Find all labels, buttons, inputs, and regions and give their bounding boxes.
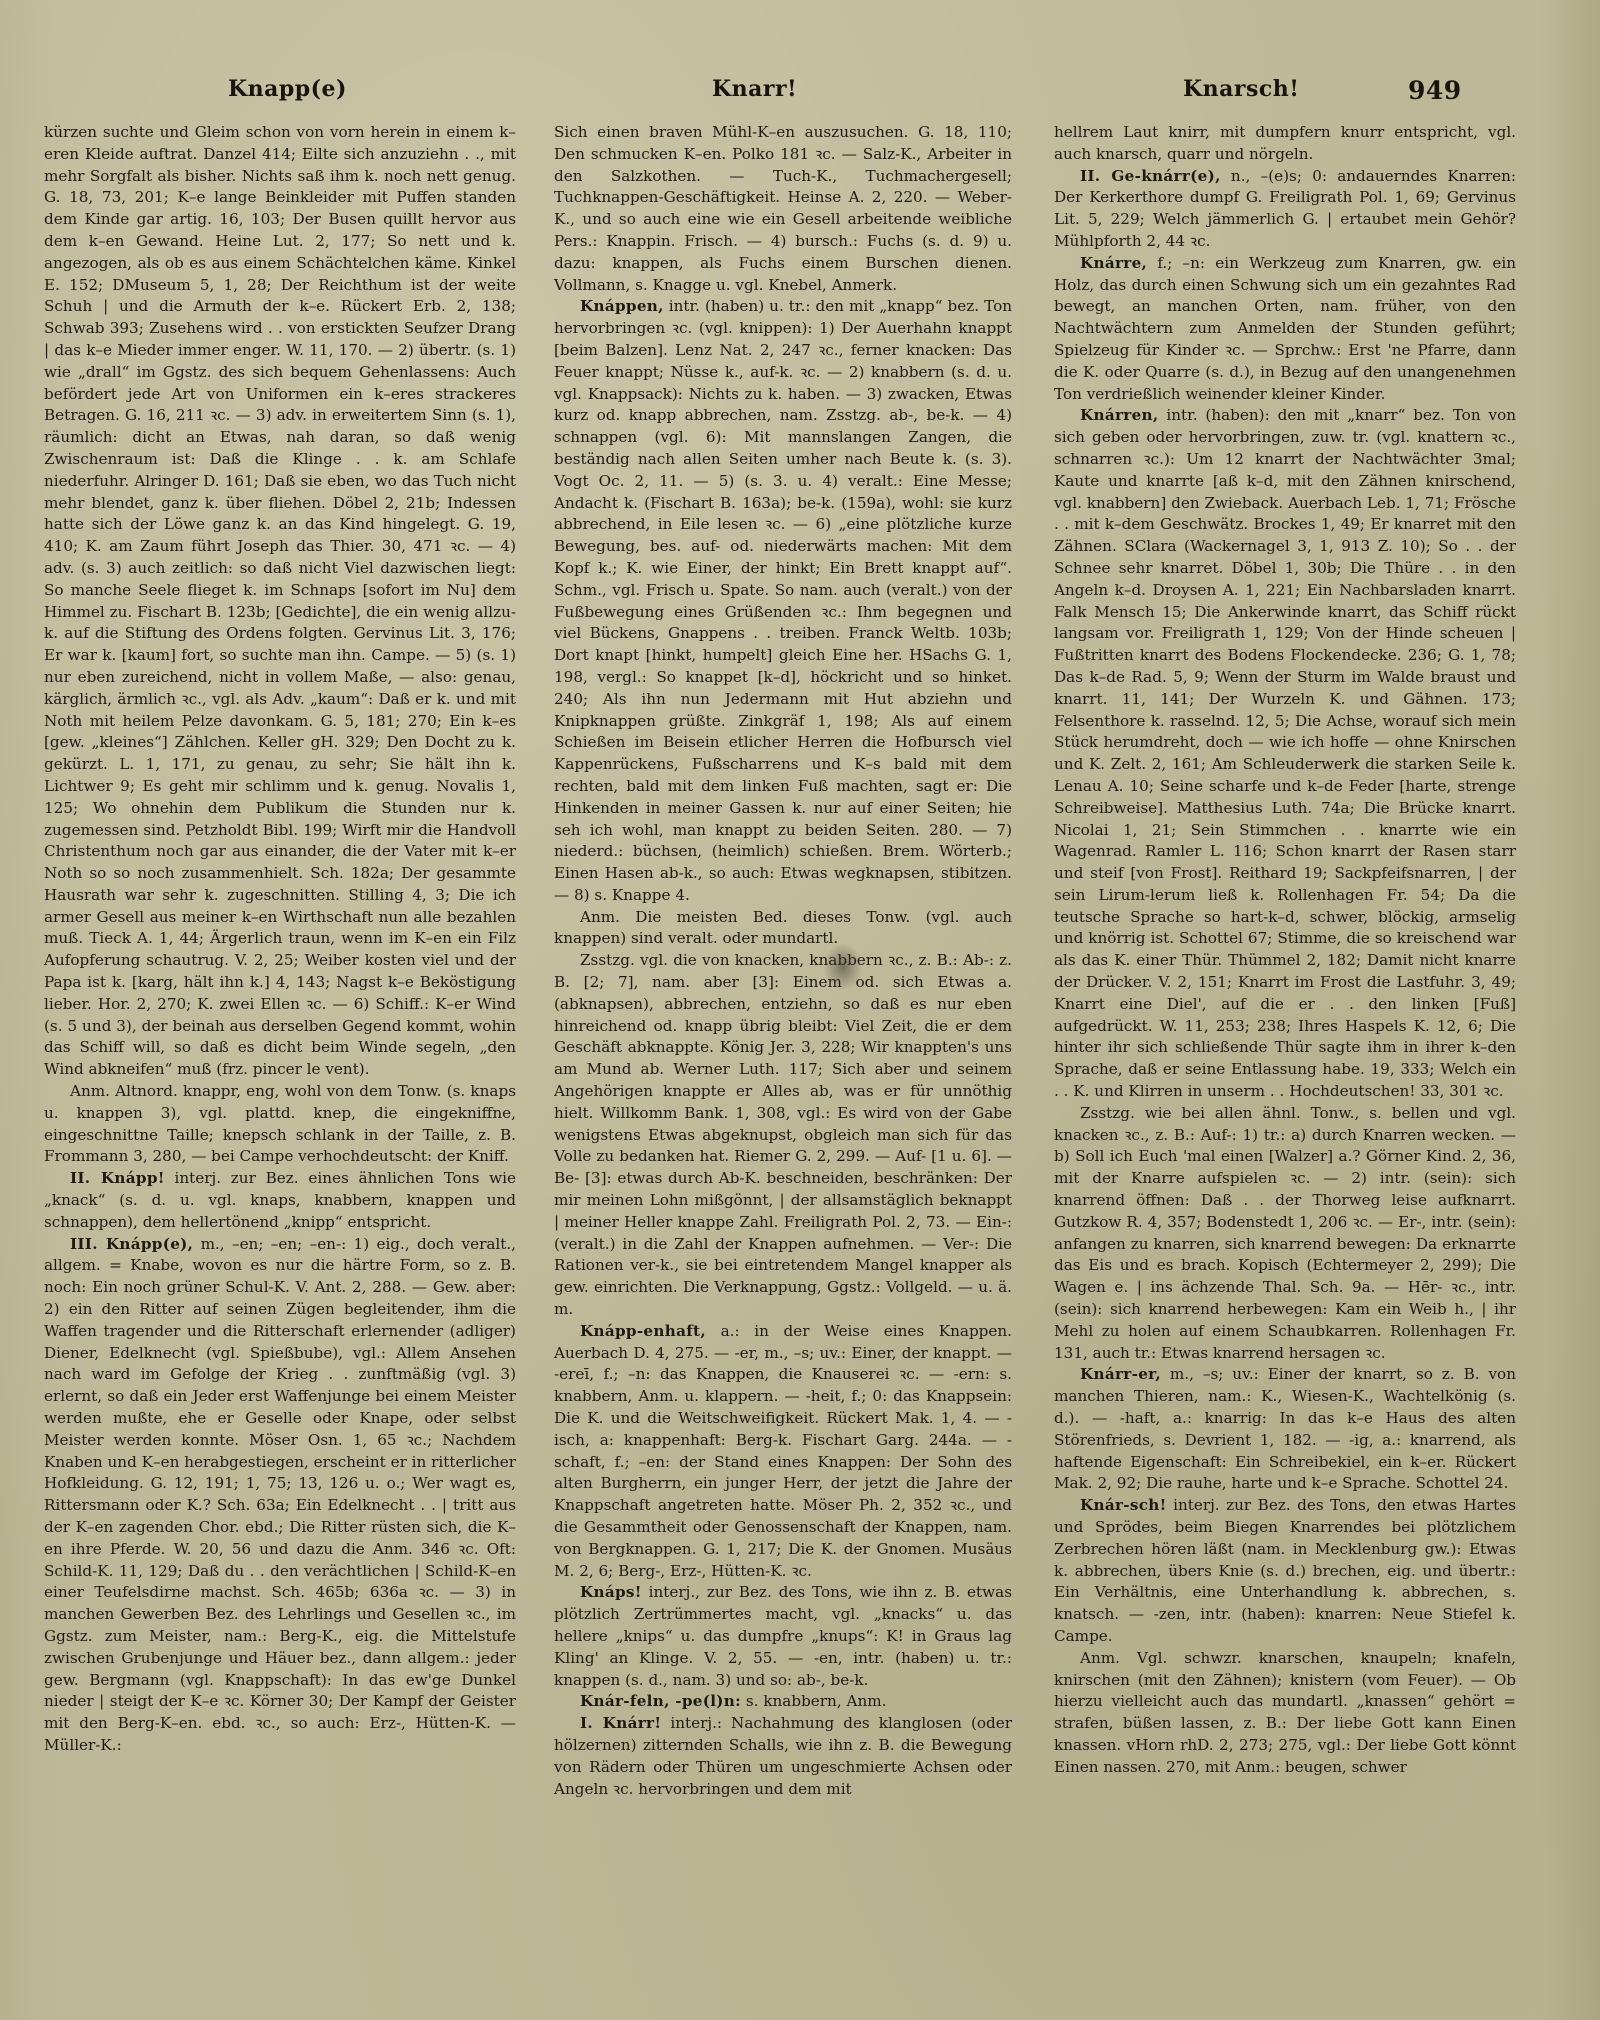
- entry-text: a.: in der Weise eines Knappen. Auerbach…: [554, 1322, 1012, 1580]
- entry-headword: Knárren,: [1080, 406, 1158, 424]
- entry-text: intr. (haben) u. tr.: den mit „knapp“ be…: [554, 297, 1012, 904]
- dictionary-entry: hellrem Laut knirr, mit dumpfern knurr e…: [1054, 122, 1516, 166]
- dictionary-entry: Knáps! interj., zur Bez. des Tons, wie i…: [554, 1582, 1012, 1691]
- entry-text: m., –s; uv.: Einer der knarrt, so z. B. …: [1054, 1365, 1516, 1492]
- page-header: Knapp(e) Knarr! Knarsch! 949: [0, 76, 1600, 112]
- page-number: 949: [1408, 76, 1462, 105]
- dictionary-entry: Knáppen, intr. (haben) u. tr.: den mit „…: [554, 296, 1012, 906]
- left-guide-word: Knapp(e): [228, 76, 347, 102]
- dictionary-columns: kürzen suchte und Gleim schon von vorn h…: [44, 122, 1552, 1982]
- entry-headword: Knárre,: [1080, 254, 1147, 272]
- entry-headword: Knár-sch!: [1080, 1496, 1167, 1514]
- right-guide-word: Knarsch!: [1183, 76, 1299, 102]
- dictionary-entry: Knár-sch! interj. zur Bez. des Tons, den…: [1054, 1495, 1516, 1648]
- dictionary-entry: III. Knápp(e), m., –en; –en; –en-: 1) ei…: [44, 1234, 516, 1757]
- dictionary-entry: Sich einen braven Mühl-K–en auszusuchen.…: [554, 122, 1012, 296]
- dictionary-entry: I. Knárr! interj.: Nachahmung des klangl…: [554, 1713, 1012, 1800]
- entry-headword: III. Knápp(e),: [70, 1235, 193, 1253]
- dictionary-entry: Anm. Altnord. knappr, eng, wohl von dem …: [44, 1081, 516, 1168]
- dictionary-entry: II. Ge-knárr(e), n., –(e)s; 0: andauernd…: [1054, 166, 1516, 253]
- entry-text: Anm. Vgl. schwzr. knarschen, knaupeln; k…: [1054, 1649, 1516, 1776]
- dictionary-entry: Zsstzg. wie bei allen ähnl. Tonw., s. be…: [1054, 1103, 1516, 1365]
- dictionary-entry: Knárr-er, m., –s; uv.: Einer der knarrt,…: [1054, 1364, 1516, 1495]
- entry-text: s. knabbern, Anm.: [741, 1692, 886, 1710]
- dictionary-entry: Knárre, f.; –n: ein Werkzeug zum Knarren…: [1054, 253, 1516, 406]
- dictionary-entry: kürzen suchte und Gleim schon von vorn h…: [44, 122, 516, 1081]
- entry-text: f.; –n: ein Werkzeug zum Knarren, gw. ei…: [1054, 254, 1516, 403]
- column-3: hellrem Laut knirr, mit dumpfern knurr e…: [1054, 122, 1516, 1779]
- entry-headword: II. Ge-knárr(e),: [1080, 167, 1221, 185]
- dictionary-entry: Knápp-enhaft, a.: in der Weise eines Kna…: [554, 1321, 1012, 1583]
- entry-text: interj. zur Bez. des Tons, den etwas Har…: [1054, 1496, 1516, 1645]
- entry-headword: Knáps!: [580, 1583, 642, 1601]
- entry-headword: I. Knárr!: [580, 1714, 661, 1732]
- dictionary-entry: Knár-feln, -pe(l)n: s. knabbern, Anm.: [554, 1691, 1012, 1713]
- dictionary-entry: Zsstzg. vgl. die von knacken, knabbern ꝛ…: [554, 950, 1012, 1321]
- entry-headword: Knárr-er,: [1080, 1365, 1161, 1383]
- dictionary-entry: Anm. Die meisten Bed. dieses Tonw. (vgl.…: [554, 907, 1012, 951]
- entry-text: intr. (haben): den mit „knarr“ bez. Ton …: [1054, 406, 1516, 1100]
- dictionary-entry: Knárren, intr. (haben): den mit „knarr“ …: [1054, 405, 1516, 1103]
- entry-text: Anm. Die meisten Bed. dieses Tonw. (vgl.…: [554, 908, 1012, 948]
- entry-text: Sich einen braven Mühl-K–en auszusuchen.…: [554, 123, 1012, 294]
- entry-text: m., –en; –en; –en-: 1) eig., doch veralt…: [44, 1235, 516, 1754]
- entry-text: Anm. Altnord. knappr, eng, wohl von dem …: [44, 1082, 516, 1165]
- entry-headword: Knápp-enhaft,: [580, 1322, 706, 1340]
- column-1: kürzen suchte und Gleim schon von vorn h…: [44, 122, 516, 1757]
- dictionary-entry: II. Knápp! interj. zur Bez. eines ähnlic…: [44, 1168, 516, 1233]
- ink-stain: [823, 943, 863, 991]
- entry-headword: Knáppen,: [580, 297, 664, 315]
- entry-text: Zsstzg. wie bei allen ähnl. Tonw., s. be…: [1054, 1104, 1516, 1362]
- dictionary-entry: Anm. Vgl. schwzr. knarschen, knaupeln; k…: [1054, 1648, 1516, 1779]
- entry-text: Zsstzg. vgl. die von knacken, knabbern ꝛ…: [554, 951, 1012, 1318]
- center-guide-word: Knarr!: [712, 76, 797, 102]
- entry-headword: II. Knápp!: [70, 1169, 165, 1187]
- column-2: Sich einen braven Mühl-K–en auszusuchen.…: [554, 122, 1012, 1800]
- entry-text: hellrem Laut knirr, mit dumpfern knurr e…: [1054, 123, 1516, 163]
- entry-text: kürzen suchte und Gleim schon von vorn h…: [44, 123, 516, 1078]
- entry-headword: Knár-feln, -pe(l)n:: [580, 1692, 741, 1710]
